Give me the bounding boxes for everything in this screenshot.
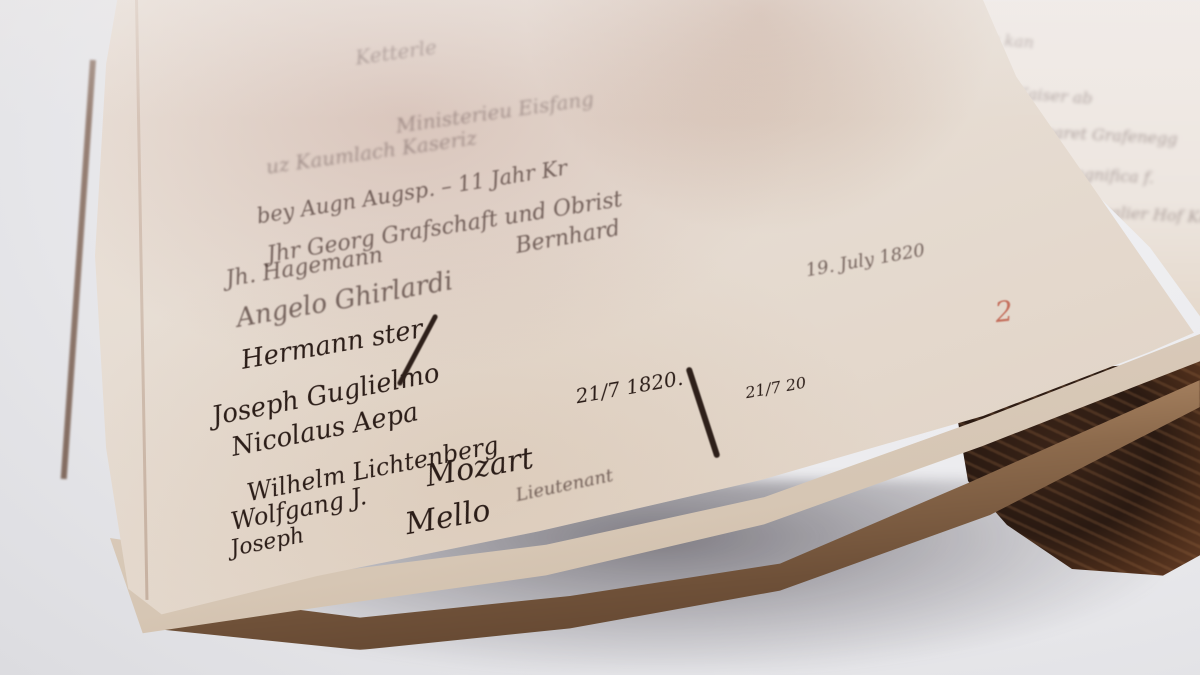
date-annotation: 21/7 20	[744, 373, 808, 402]
faint-line: Ministerieu Eisfang	[394, 86, 595, 138]
date-annotation: 19. July 1820	[804, 240, 926, 282]
red-ink-mark: 2	[993, 294, 1014, 329]
signature-mello: Mello	[403, 493, 494, 542]
worn-left-edge	[61, 60, 96, 479]
ink-stroke	[685, 366, 720, 458]
faint-line: Ketterle	[354, 34, 438, 69]
faint-line: uz Kaumlach Kaseriz	[264, 125, 478, 178]
date-annotation: 21/7 1820.	[574, 366, 685, 408]
photo-scene: Besitz kan und Kaiser ab Margaret Grafen…	[0, 0, 1200, 675]
